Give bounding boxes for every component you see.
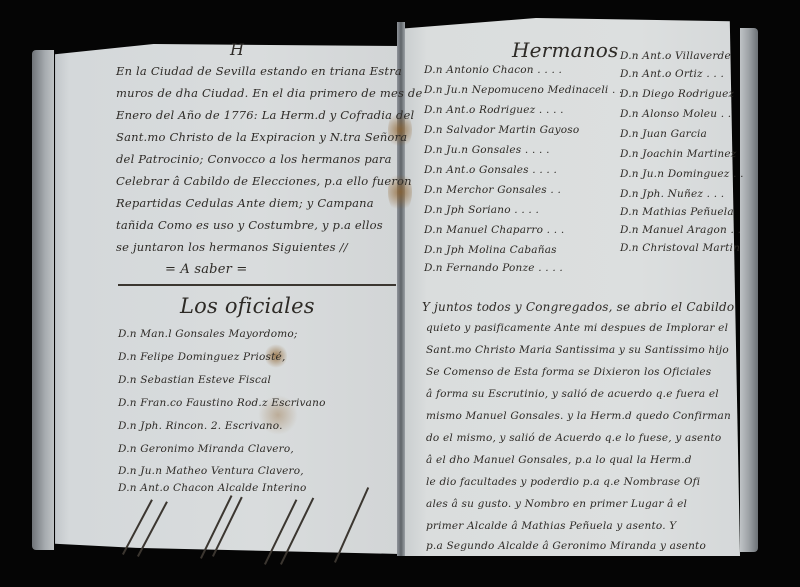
member-entry: D.n Ant.o Ortiz . . . bbox=[620, 68, 724, 80]
paragraph-line: â forma su Escrutinio, y salió de acuerd… bbox=[426, 388, 719, 400]
paragraph-line: le dio facultades y poderdio p.a q.e Nom… bbox=[426, 476, 700, 488]
member-entry: D.n Merchor Gonsales . . bbox=[424, 184, 561, 196]
paragraph-line: tañida Como es uso y Costumbre, y p.a el… bbox=[116, 218, 383, 232]
member-entry: D.n Salvador Martin Gayoso bbox=[424, 124, 579, 136]
officer-entry: D.n Ant.o Chacon Alcalde Interino bbox=[118, 482, 307, 494]
officer-entry: D.n Sebastian Esteve Fiscal bbox=[118, 374, 271, 386]
paragraph-line: primer Alcalde â Mathias Peñuela y asent… bbox=[426, 520, 676, 532]
paragraph-line: del Patrocinio; Convocco a los hermanos … bbox=[116, 152, 392, 166]
member-entry: D.n Ant.o Villaverde bbox=[620, 50, 731, 62]
book-gutter bbox=[397, 22, 405, 556]
member-entry: D.n Manuel Aragon . . bbox=[620, 224, 741, 236]
members-heading: Hermanos bbox=[512, 38, 619, 62]
officers-heading: Los oficiales bbox=[180, 294, 315, 318]
paragraph-line: do el mismo, y salió de Acuerdo q.e lo f… bbox=[426, 432, 721, 444]
officer-entry: D.n Man.l Gonsales Mayordomo; bbox=[118, 328, 298, 340]
officer-entry: D.n Felipe Dominguez Priosté, bbox=[118, 351, 286, 363]
member-entry: D.n Juan Garcia bbox=[620, 128, 707, 140]
folio-mark: H bbox=[230, 40, 244, 59]
member-entry: D.n Ju.n Dominguez . . bbox=[620, 168, 744, 180]
paragraph-line: Repartidas Cedulas Ante diem; y Campana bbox=[116, 196, 374, 210]
officer-entry: D.n Fran.co Faustino Rod.z Escrivano bbox=[118, 397, 326, 409]
officer-entry: D.n Ju.n Matheo Ventura Clavero, bbox=[118, 465, 304, 477]
paragraph-line: se juntaron los hermanos Siguientes // bbox=[116, 240, 348, 254]
member-entry: D.n Christoval Martin bbox=[620, 242, 740, 254]
member-entry: D.n Jph. Nuñez . . . bbox=[620, 188, 724, 200]
officer-entry: D.n Jph. Rincon. 2. Escrivano. bbox=[118, 420, 283, 432]
member-entry: D.n Jph Molina Cabañas bbox=[424, 244, 557, 256]
paragraph-line: En la Ciudad de Sevilla estando en trian… bbox=[116, 64, 402, 78]
paragraph-line: â el dho Manuel Gonsales, p.a lo qual la… bbox=[426, 454, 692, 466]
paragraph-line: Celebrar â Cabildo de Elecciones, p.a el… bbox=[116, 174, 412, 188]
member-entry: D.n Jph Soriano . . . . bbox=[424, 204, 539, 216]
paragraph-line: Sant.mo Christo de la Expiracion y N.tra… bbox=[116, 130, 407, 144]
paragraph-line: mismo Manuel Gonsales. y la Herm.d quedo… bbox=[426, 410, 731, 422]
member-entry: D.n Ju.n Nepomuceno Medinaceli . . bbox=[424, 84, 623, 96]
paragraph-line: Sant.mo Christo Maria Santissima y su Sa… bbox=[426, 344, 729, 356]
paragraph-line: muros de dha Ciudad. En el dia primero d… bbox=[116, 86, 423, 100]
member-entry: D.n Diego Rodriguez bbox=[620, 88, 734, 100]
member-entry: D.n Alonso Moleu . . bbox=[620, 108, 731, 120]
left-page-edge bbox=[32, 50, 54, 550]
member-entry: D.n Ju.n Gonsales . . . . bbox=[424, 144, 550, 156]
officer-entry: D.n Geronimo Miranda Clavero, bbox=[118, 443, 294, 455]
member-entry: D.n Ant.o Rodriguez . . . . bbox=[424, 104, 564, 116]
paragraph-line: Se Comenso de Esta forma se Dixieron los… bbox=[426, 366, 711, 378]
member-entry: D.n Joachin Martinez bbox=[620, 148, 737, 160]
subheading-a-saber: = A saber = bbox=[165, 262, 247, 277]
paragraph-line: Enero del Año de 1776: La Herm.d y Cofra… bbox=[116, 108, 414, 122]
member-entry: D.n Ant.o Gonsales . . . . bbox=[424, 164, 557, 176]
member-entry: D.n Mathias Peñuela bbox=[620, 206, 734, 218]
paragraph-line: Y juntos todos y Congregados, se abrio e… bbox=[422, 300, 734, 314]
paragraph-line: p.a Segundo Alcalde â Geronimo Miranda y… bbox=[426, 540, 706, 552]
member-entry: D.n Fernando Ponze . . . . bbox=[424, 262, 563, 274]
paragraph-line: quieto y pasificamente Ante mi despues d… bbox=[426, 322, 728, 334]
section-divider bbox=[118, 284, 396, 286]
paragraph-line: ales â su gusto. y Nombro en primer Luga… bbox=[426, 498, 687, 510]
member-entry: D.n Manuel Chaparro . . . bbox=[424, 224, 564, 236]
member-entry: D.n Antonio Chacon . . . . bbox=[424, 64, 562, 76]
right-page-stack bbox=[740, 28, 758, 552]
